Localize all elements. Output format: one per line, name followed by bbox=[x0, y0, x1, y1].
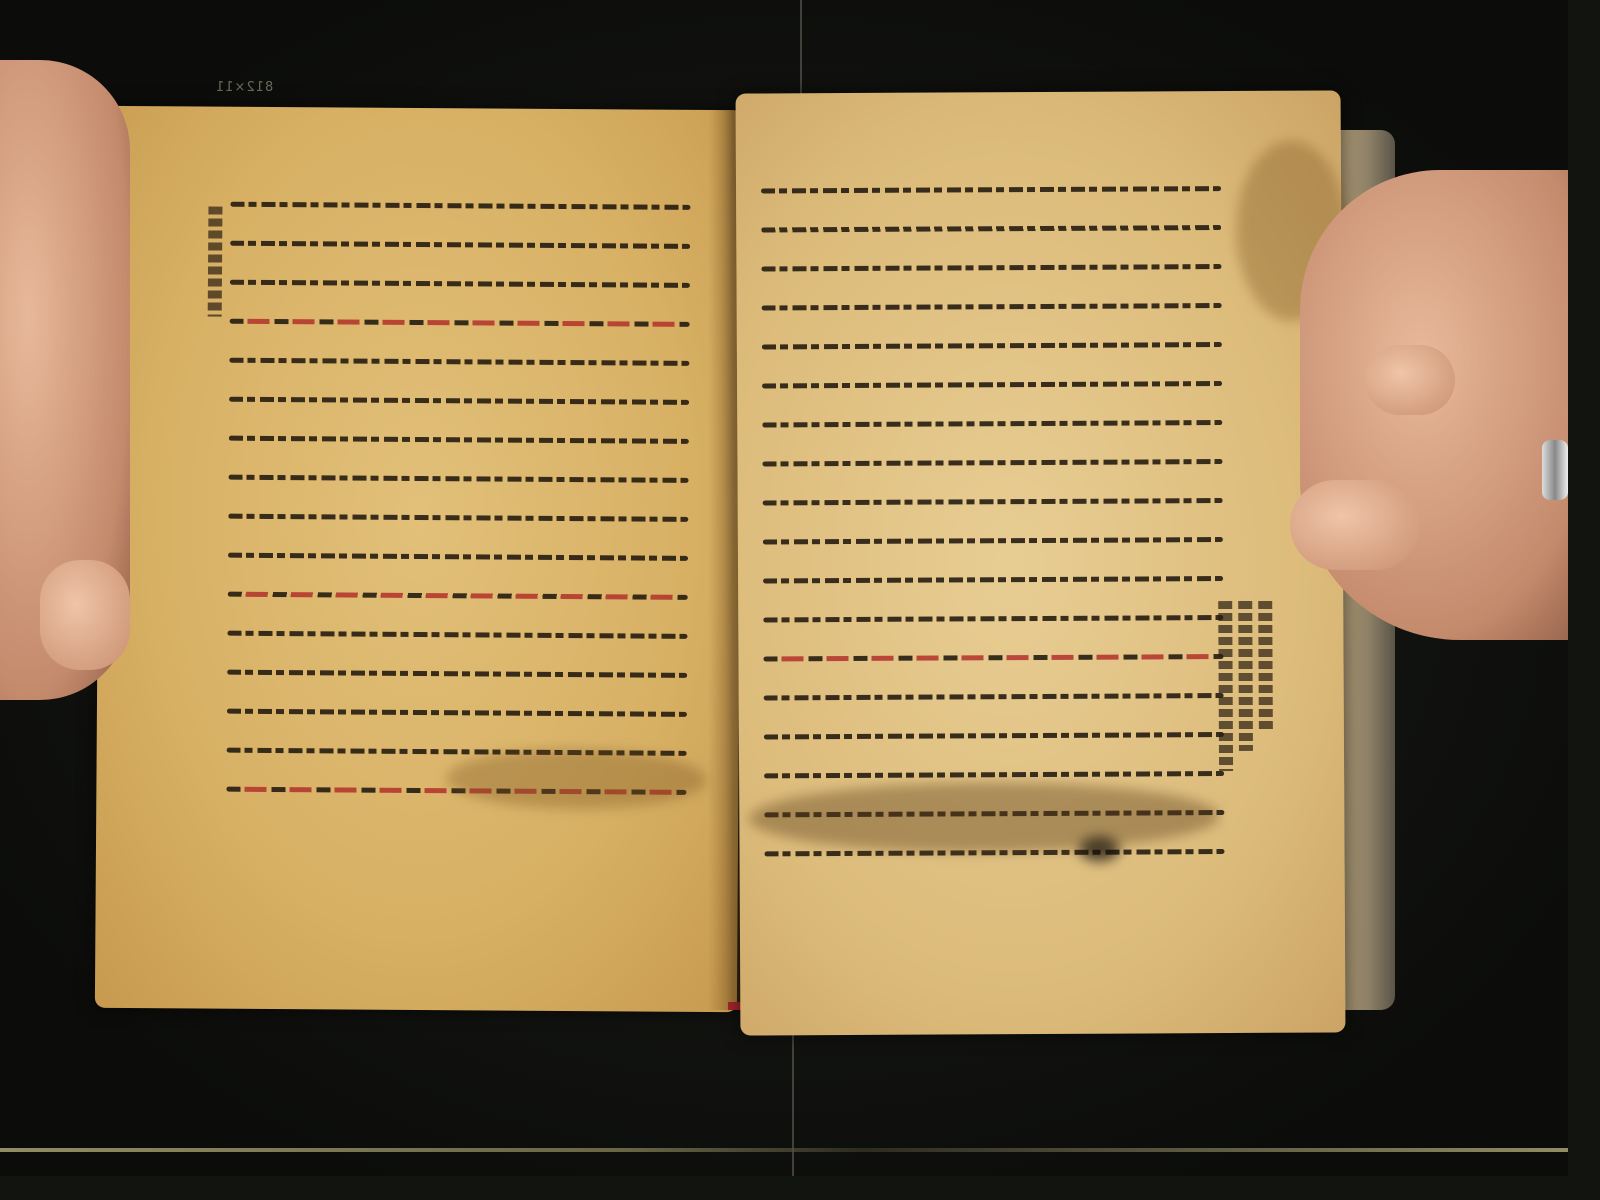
text-line-rubric bbox=[763, 654, 1223, 661]
left-page bbox=[95, 106, 743, 1012]
text-line bbox=[229, 358, 689, 366]
text-line bbox=[227, 631, 687, 639]
left-margin-note bbox=[208, 207, 223, 317]
text-line bbox=[762, 342, 1222, 349]
mat-guide-line bbox=[792, 1030, 794, 1176]
text-line bbox=[762, 459, 1222, 466]
right-page bbox=[736, 90, 1346, 1035]
ink-blot bbox=[1079, 837, 1119, 862]
text-line bbox=[229, 436, 689, 444]
right-margin-note bbox=[1238, 601, 1253, 751]
text-line bbox=[762, 420, 1222, 427]
text-line bbox=[227, 670, 687, 678]
text-line bbox=[763, 576, 1223, 583]
text-line bbox=[229, 475, 689, 483]
text-line bbox=[228, 553, 688, 561]
text-line-rubric bbox=[228, 592, 688, 600]
bottom-rule bbox=[0, 1148, 1568, 1152]
left-text-block bbox=[226, 202, 690, 829]
right-finger bbox=[1365, 345, 1455, 415]
text-line bbox=[764, 732, 1224, 739]
text-line-rubric bbox=[230, 319, 690, 327]
text-line bbox=[761, 186, 1221, 193]
text-line bbox=[230, 280, 690, 288]
mirrored-label: 812×11 bbox=[215, 80, 273, 95]
text-line bbox=[761, 225, 1221, 232]
mat-guide-line bbox=[800, 0, 802, 100]
text-line bbox=[227, 709, 687, 717]
text-line bbox=[764, 771, 1224, 778]
text-line bbox=[763, 498, 1223, 505]
right-thumb bbox=[1290, 480, 1420, 570]
text-line bbox=[230, 202, 690, 210]
text-line bbox=[228, 514, 688, 522]
right-margin-note bbox=[1218, 601, 1233, 771]
ring bbox=[1542, 440, 1568, 500]
text-line bbox=[230, 241, 690, 249]
right-margin-note bbox=[1258, 601, 1273, 731]
text-line bbox=[764, 693, 1224, 700]
text-line bbox=[763, 615, 1223, 622]
text-line bbox=[763, 537, 1223, 544]
text-line bbox=[761, 264, 1221, 271]
text-line bbox=[229, 397, 689, 405]
left-thumb bbox=[40, 560, 130, 670]
text-line bbox=[762, 303, 1222, 310]
text-line bbox=[762, 381, 1222, 388]
